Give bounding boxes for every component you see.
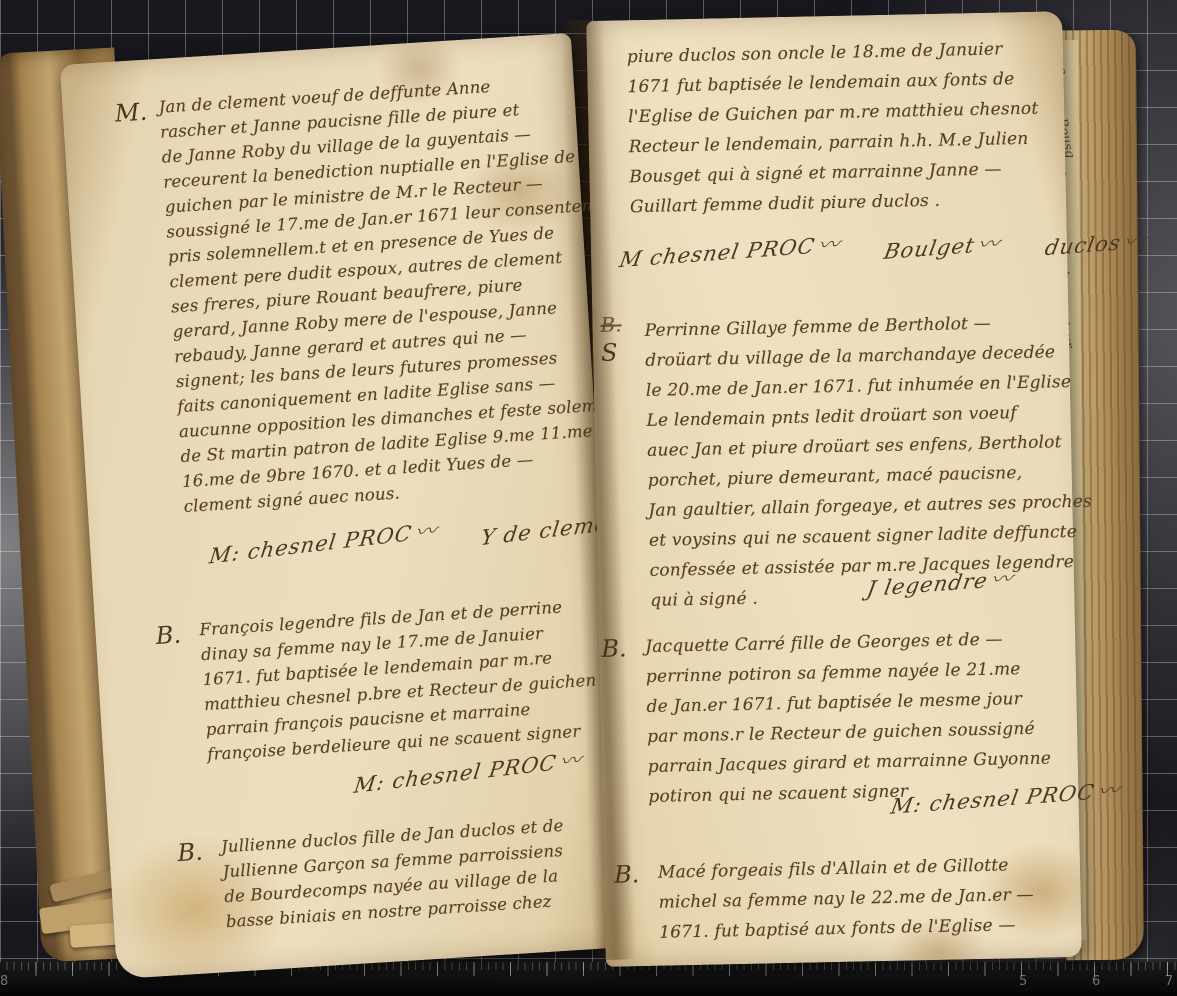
baptism-entry-francois-legendre: B. François legendre fils de Jan et de p… (199, 591, 628, 767)
margin-letter-b: B. (155, 621, 182, 651)
right-page: piure duclos son oncle le 18.me de Janui… (586, 11, 1082, 967)
signatures-row: M: chesnel PROC (892, 780, 1119, 815)
entry-lines: Jullienne duclos fille de Jan duclos et … (220, 808, 645, 934)
margin-letter-b-crossed: B. (600, 312, 622, 336)
margin-letter-b: B. (614, 860, 640, 889)
signatures-row: J legendre (868, 566, 1013, 599)
ruler-number: 7 (1165, 974, 1173, 989)
signature: duclos (1043, 225, 1149, 262)
margin-letter-m: M. (114, 98, 148, 128)
baptism-entry-jullienne-duclos: B. Jullienne duclos fille de Jan duclos … (220, 808, 645, 934)
left-page: M. Jan de clement voeuf de deffunte Anne… (60, 33, 629, 979)
entry-lines: Jan de clement voeuf de deffunte Anneras… (158, 69, 604, 520)
signature: M chesnel PROC (617, 228, 843, 274)
signature: M: chesnel PROC (208, 514, 440, 570)
baptism-entry-mace-forgeais: B. Macé forgeais fils d'Allain et de Gil… (658, 849, 1070, 948)
ruler-number: 6 (1092, 974, 1100, 989)
margin-letter-s: B. S (600, 312, 622, 366)
baptism-entry-continuation-duclos: piure duclos son oncle le 18.me de Janui… (627, 34, 1041, 223)
entry-lines: François legendre fils de Jan et de perr… (199, 591, 628, 767)
marriage-entry-declement-paucisne: M. Jan de clement voeuf de deffunte Anne… (158, 69, 604, 520)
ruler-number: 5 (1019, 974, 1027, 989)
signature: Boulget (882, 227, 1003, 266)
signatures-row: M: chesnel PROC (354, 750, 582, 794)
entry-lines: Macé forgeais fils d'Allain et de Gillot… (658, 849, 1070, 948)
ruler-number: 8 (0, 974, 8, 989)
entry-lines: piure duclos son oncle le 18.me de Janui… (627, 34, 1041, 223)
margin-letter-b: B. (601, 634, 627, 663)
signatures-row: M: chesnel PROCY de clement (210, 506, 659, 564)
signatures-row: M chesnel PROCBoulgetduclos (621, 227, 1146, 268)
margin-letter-b: B. (177, 838, 204, 868)
